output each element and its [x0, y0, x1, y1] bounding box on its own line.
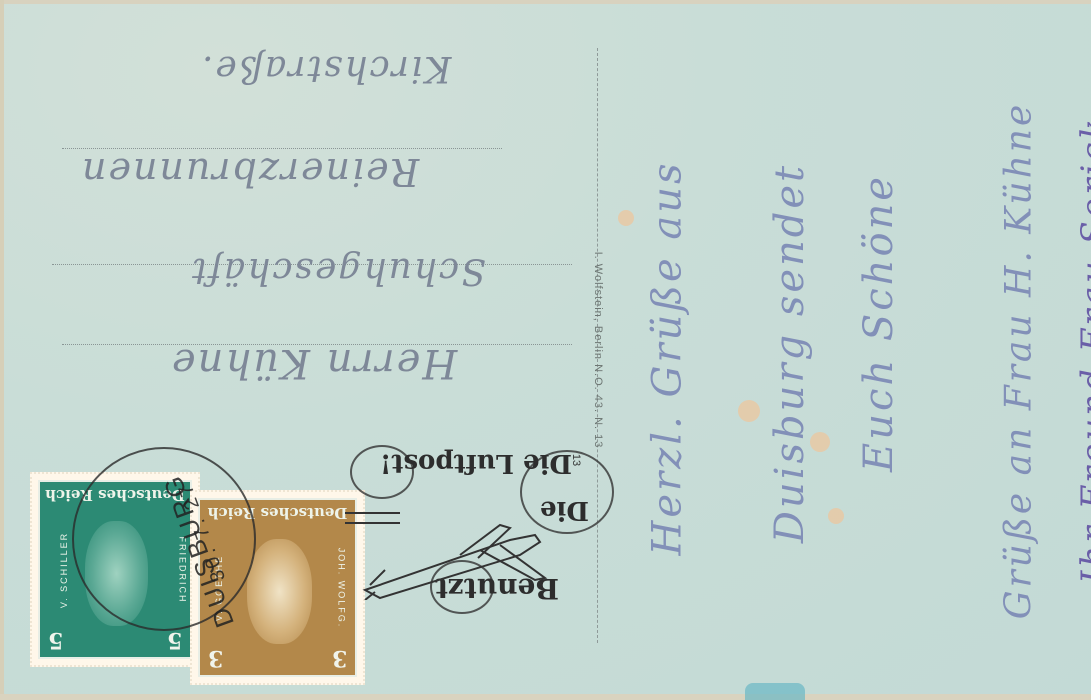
foxing-spot: [618, 210, 634, 226]
message-line-4: Grüße an Frau H. Kühne: [998, 102, 1039, 620]
publisher-imprint: I. Wolfstein, Berlin N.O. 43. N. 13: [592, 252, 604, 449]
card-edge-top: [0, 0, 1091, 4]
message-line-5: Ihr Freund Frau Sorick: [1074, 116, 1091, 584]
stamp-value: 5: [167, 627, 182, 653]
cancel-wave-line: [345, 512, 400, 514]
stamp-name-left: V. SCHILLER: [59, 531, 69, 607]
card-edge-bottom: [0, 694, 1091, 700]
address-line-4: Kirchstraße.: [200, 48, 451, 89]
airplane-icon: [360, 520, 560, 600]
address-rule-1: [62, 148, 502, 149]
stamp-value: 3: [332, 645, 347, 671]
message-line-2: Duisburg sendet: [767, 163, 813, 543]
message-line-1: Herzl. Grüße aus: [645, 160, 691, 555]
stamp-value: 5: [48, 627, 63, 653]
address-line-2: Schuhgeschäft: [190, 250, 486, 291]
slogan-number: 13: [570, 454, 582, 466]
slogan-line-1: Die Luftpost!: [380, 448, 572, 478]
foxing-spot: [828, 508, 844, 524]
address-line-3: Reinerzbrunnen: [80, 150, 419, 194]
foxing-spot: [738, 400, 760, 422]
foxing-spot: [810, 432, 830, 452]
tape-residue: [745, 683, 805, 700]
postcard: I. Wolfstein, Berlin N.O. 43. N. 13 Kirc…: [0, 0, 1091, 700]
card-edge-left: [0, 0, 4, 700]
stamp-portrait: [247, 539, 312, 644]
message-line-3: Euch Schöne: [856, 174, 902, 472]
stamp-value: 3: [208, 645, 223, 671]
address-line-1: Herrn Kühne: [170, 340, 457, 386]
